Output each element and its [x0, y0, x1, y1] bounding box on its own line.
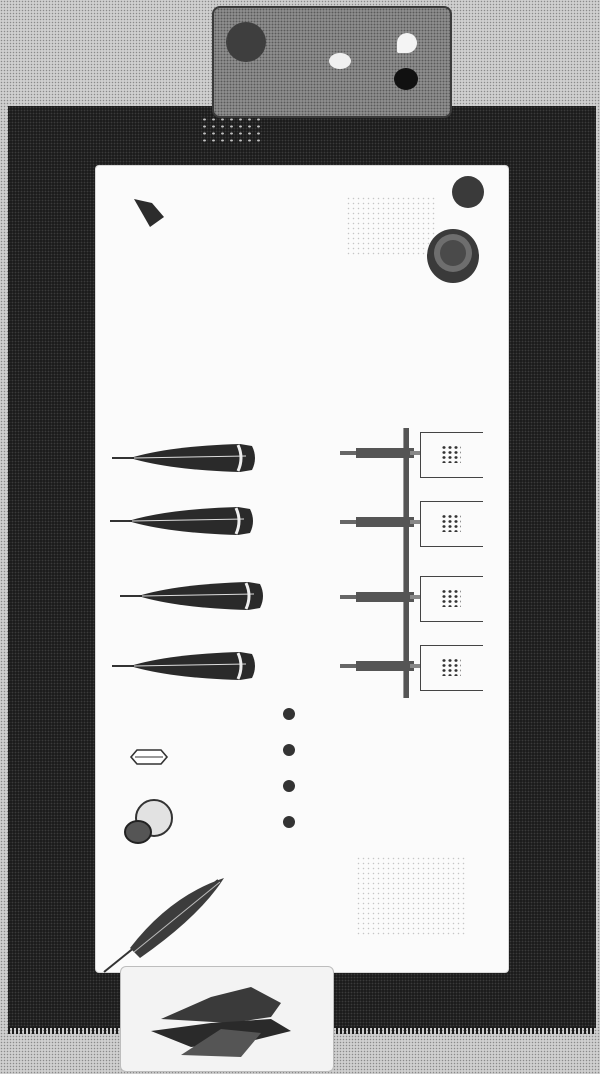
stick-rack-rail [403, 428, 409, 698]
speckle-area [356, 856, 466, 936]
paint-spot-dark [226, 22, 266, 62]
small-spot [283, 744, 295, 756]
prayer-stick-card [420, 576, 483, 622]
seed-cluster [441, 589, 461, 607]
paint-spot-black [394, 68, 418, 90]
prayer-stick [340, 590, 420, 604]
prayer-stick-card [420, 501, 483, 547]
prayer-stick-card [420, 432, 483, 478]
scattered-debris [200, 116, 260, 146]
paint-tray [212, 6, 452, 118]
seed-cluster [441, 658, 461, 676]
shell-cup [423, 226, 483, 288]
prayer-stick-card [420, 645, 483, 691]
crystal [129, 747, 169, 767]
herb-pouch [120, 966, 334, 1072]
small-spot [283, 780, 295, 792]
plume-feather [100, 876, 230, 976]
prayer-stick [340, 446, 420, 460]
rattle-gourd [122, 794, 178, 850]
seed-cluster [441, 445, 461, 463]
pollen-spot [452, 176, 484, 208]
arrowhead [130, 195, 170, 231]
tail-feather [118, 578, 268, 614]
tail-feather [110, 440, 260, 476]
tail-feather [110, 648, 260, 684]
small-spot [283, 708, 295, 720]
paint-spot-white [397, 33, 417, 53]
paint-spot-white [329, 53, 351, 69]
herb-bundle [121, 967, 333, 1071]
tail-feather [108, 503, 258, 539]
seed-cluster [441, 514, 461, 532]
prayer-stick [340, 659, 420, 673]
prayer-stick [340, 515, 420, 529]
small-spot [283, 816, 295, 828]
